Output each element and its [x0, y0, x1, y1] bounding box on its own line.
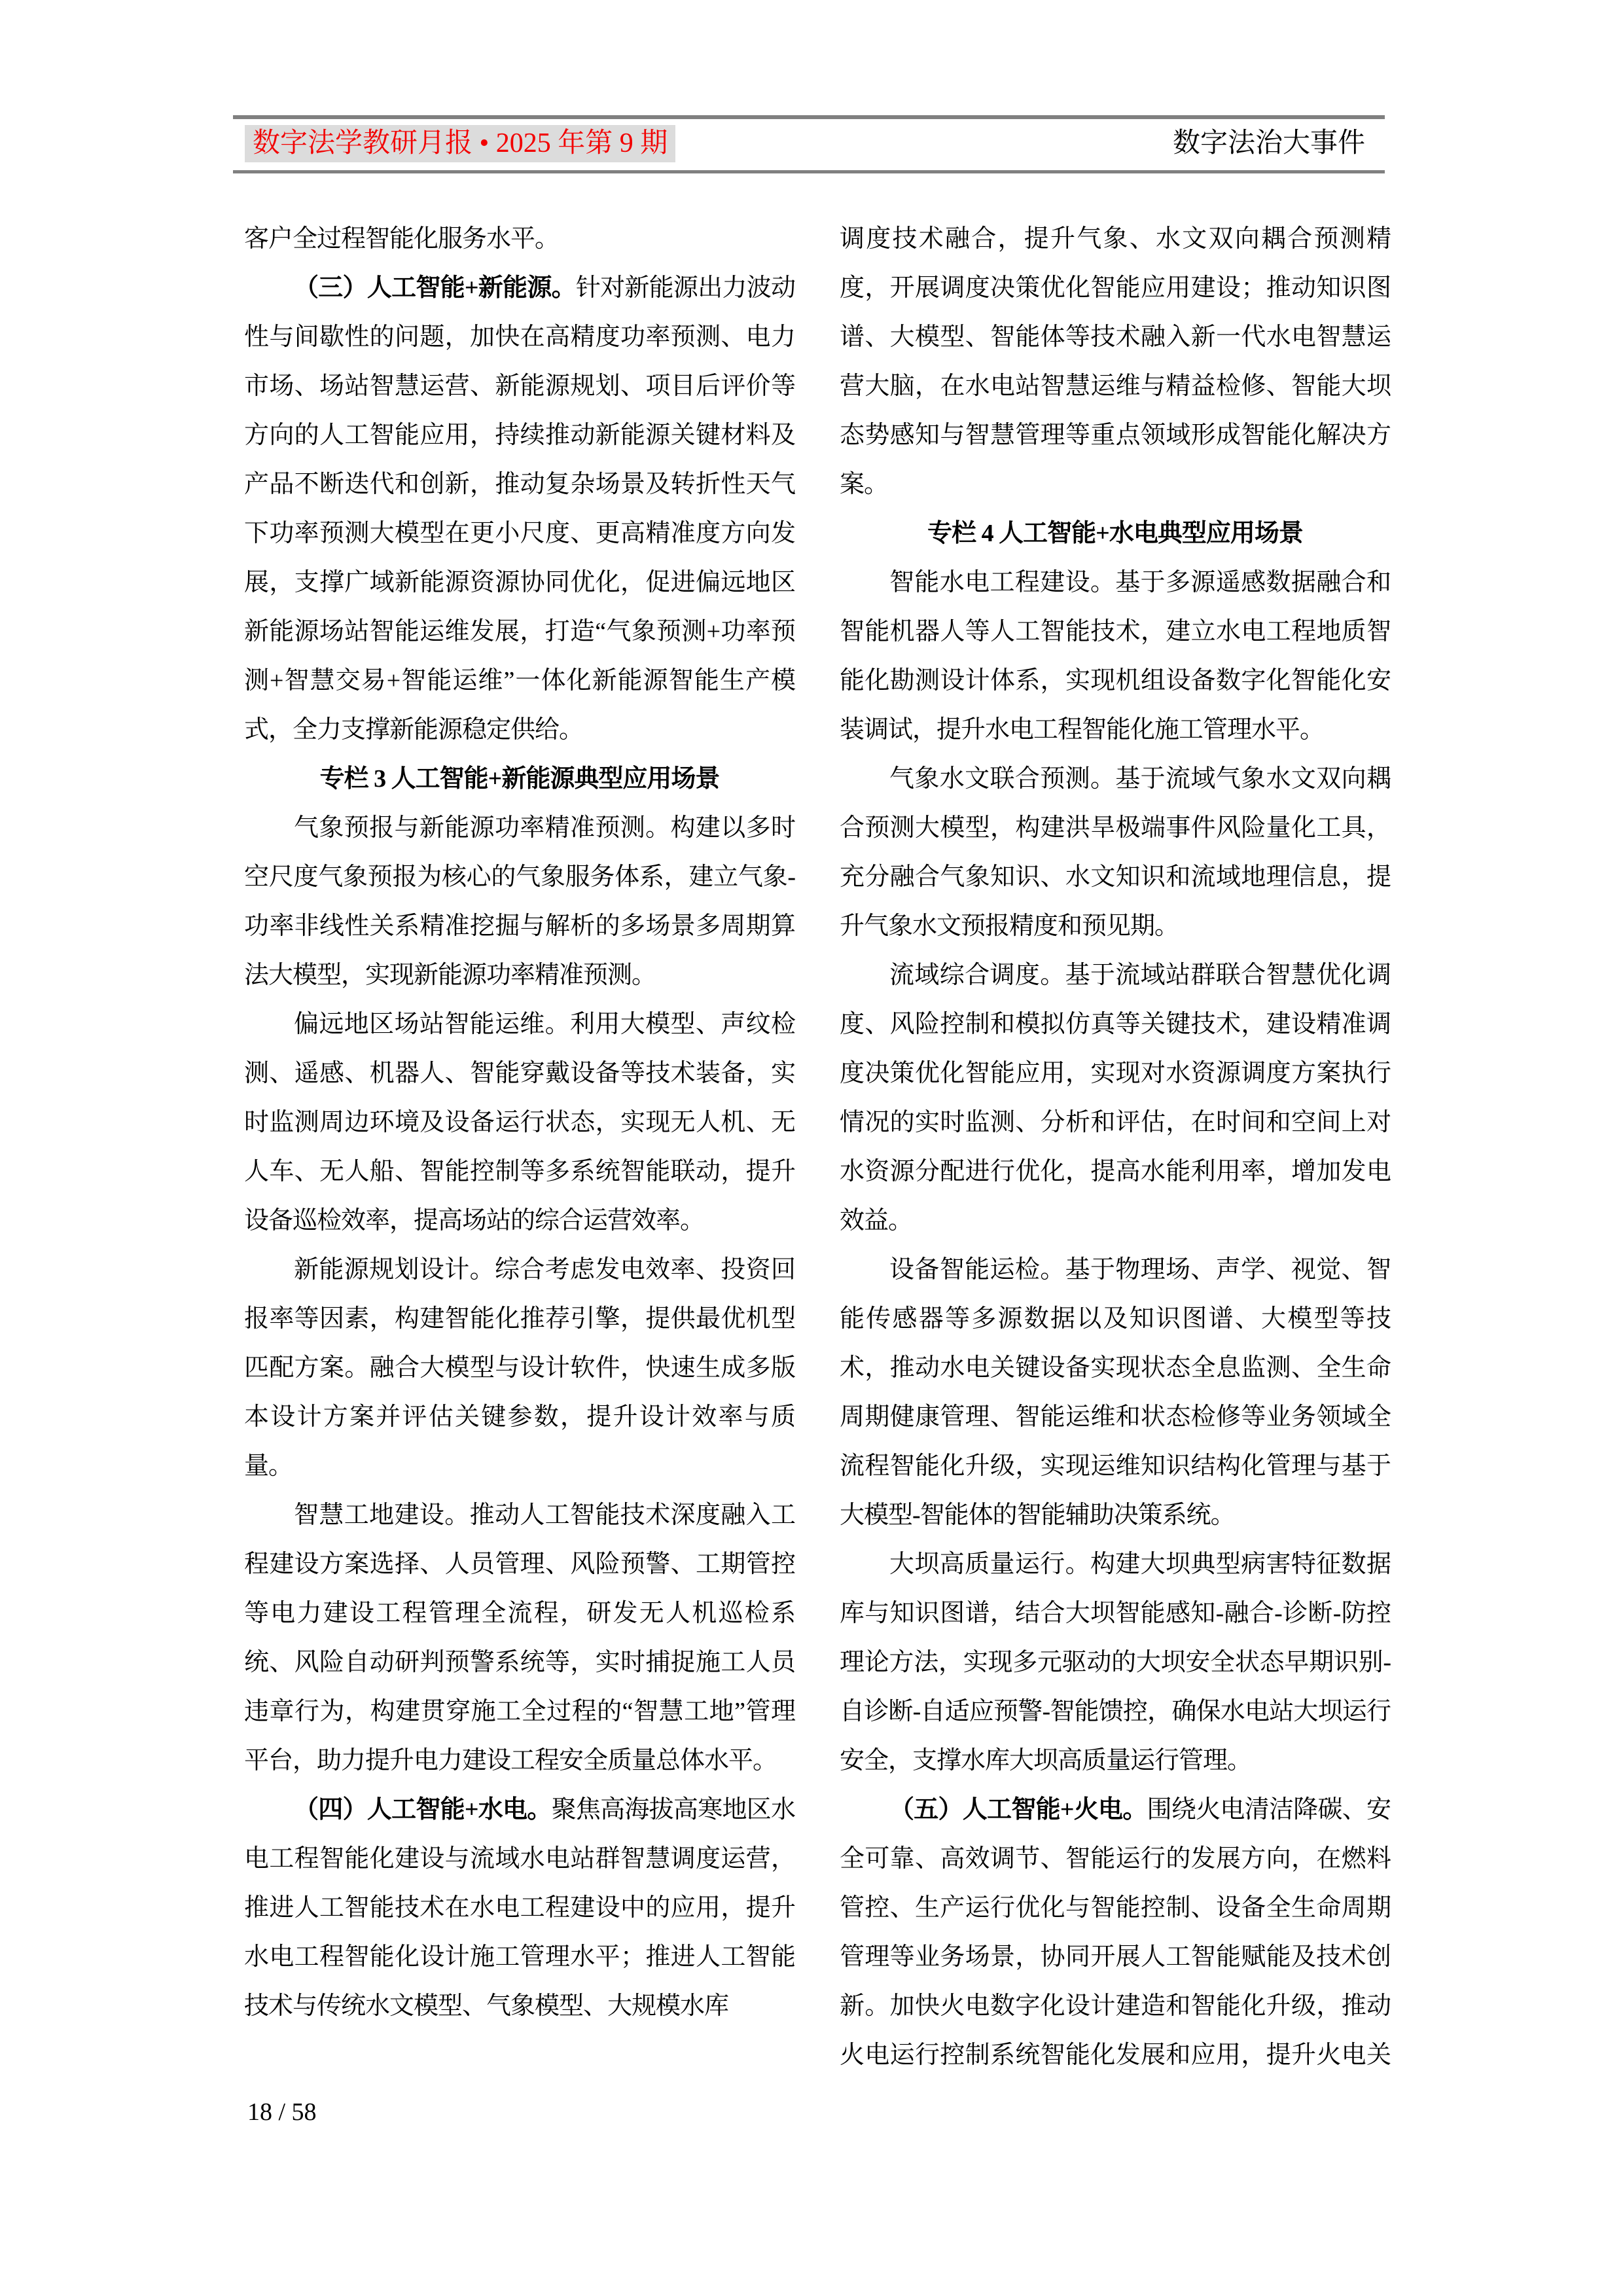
- paragraph-lead-bold: （三）人工智能+新能源。: [294, 274, 576, 302]
- paragraph-lead-bold: （四）人工智能+水电。: [294, 1796, 552, 1823]
- paragraph: 大坝高质量运行。构建大坝典型病害特征数据库与知识图谱，结合大坝智能感知-融合-诊…: [840, 1540, 1391, 1785]
- page-number: 18 / 58: [247, 2098, 317, 2126]
- masthead-title-box: 数字法学教研月报 • 2025 年第 9 期: [245, 125, 675, 162]
- box-heading: 专栏 4 人工智能+水电典型应用场景: [840, 509, 1391, 558]
- paragraph: 设备智能运检。基于物理场、声学、视觉、智能传感器等多源数据以及知识图谱、大模型等…: [840, 1246, 1391, 1540]
- content-columns: 客户全过程智能化服务水平。（三）人工智能+新能源。针对新能源出力波动性与间歇性的…: [244, 215, 1391, 2084]
- header-rule-bottom: [233, 170, 1385, 173]
- column-right: 调度技术融合，提升气象、水文双向耦合预测精度，开展调度决策优化智能应用建设；推动…: [840, 215, 1391, 2084]
- document-page: 数字法学教研月报 • 2025 年第 9 期 数字法治大事件 客户全过程智能化服…: [0, 0, 1623, 2296]
- paragraph: （四）人工智能+水电。聚焦高海拔高寒地区水电工程智能化建设与流域水电站群智慧调度…: [244, 1785, 795, 2031]
- header-rule-top: [233, 115, 1385, 119]
- paragraph-lead-bold: （五）人工智能+火电。: [889, 1796, 1147, 1823]
- column-left: 客户全过程智能化服务水平。（三）人工智能+新能源。针对新能源出力波动性与间歇性的…: [244, 215, 795, 2084]
- paragraph: 调度技术融合，提升气象、水文双向耦合预测精度，开展调度决策优化智能应用建设；推动…: [840, 215, 1391, 509]
- masthead-title: 数字法学教研月报 • 2025 年第 9 期: [253, 128, 668, 158]
- paragraph: 气象水文联合预测。基于流域气象水文双向耦合预测大模型，构建洪旱极端事件风险量化工…: [840, 755, 1391, 951]
- paragraph: （五）人工智能+火电。围绕火电清洁降碳、安全可靠、高效调节、智能运行的发展方向，…: [840, 1785, 1391, 2084]
- paragraph: 客户全过程智能化服务水平。: [244, 215, 795, 264]
- paragraph: 流域综合调度。基于流域站群联合智慧优化调度、风险控制和模拟仿真等关键技术，建设精…: [840, 951, 1391, 1246]
- paragraph: 智能水电工程建设。基于多源遥感数据融合和智能机器人等人工智能技术，建立水电工程地…: [840, 558, 1391, 755]
- header-section-title: 数字法治大事件: [1173, 125, 1365, 162]
- box-heading: 专栏 3 人工智能+新能源典型应用场景: [244, 755, 795, 804]
- paragraph: 新能源规划设计。综合考虑发电效率、投资回报率等因素，构建智能化推荐引擎，提供最优…: [244, 1246, 795, 1491]
- paragraph: 偏远地区场站智能运维。利用大模型、声纹检测、遥感、机器人、智能穿戴设备等技术装备…: [244, 1000, 795, 1246]
- paragraph: 智慧工地建设。推动人工智能技术深度融入工程建设方案选择、人员管理、风险预警、工期…: [244, 1491, 795, 1785]
- paragraph: 气象预报与新能源功率精准预测。构建以多时空尺度气象预报为核心的气象服务体系，建立…: [244, 804, 795, 1000]
- paragraph: （三）人工智能+新能源。针对新能源出力波动性与间歇性的问题，加快在高精度功率预测…: [244, 264, 795, 755]
